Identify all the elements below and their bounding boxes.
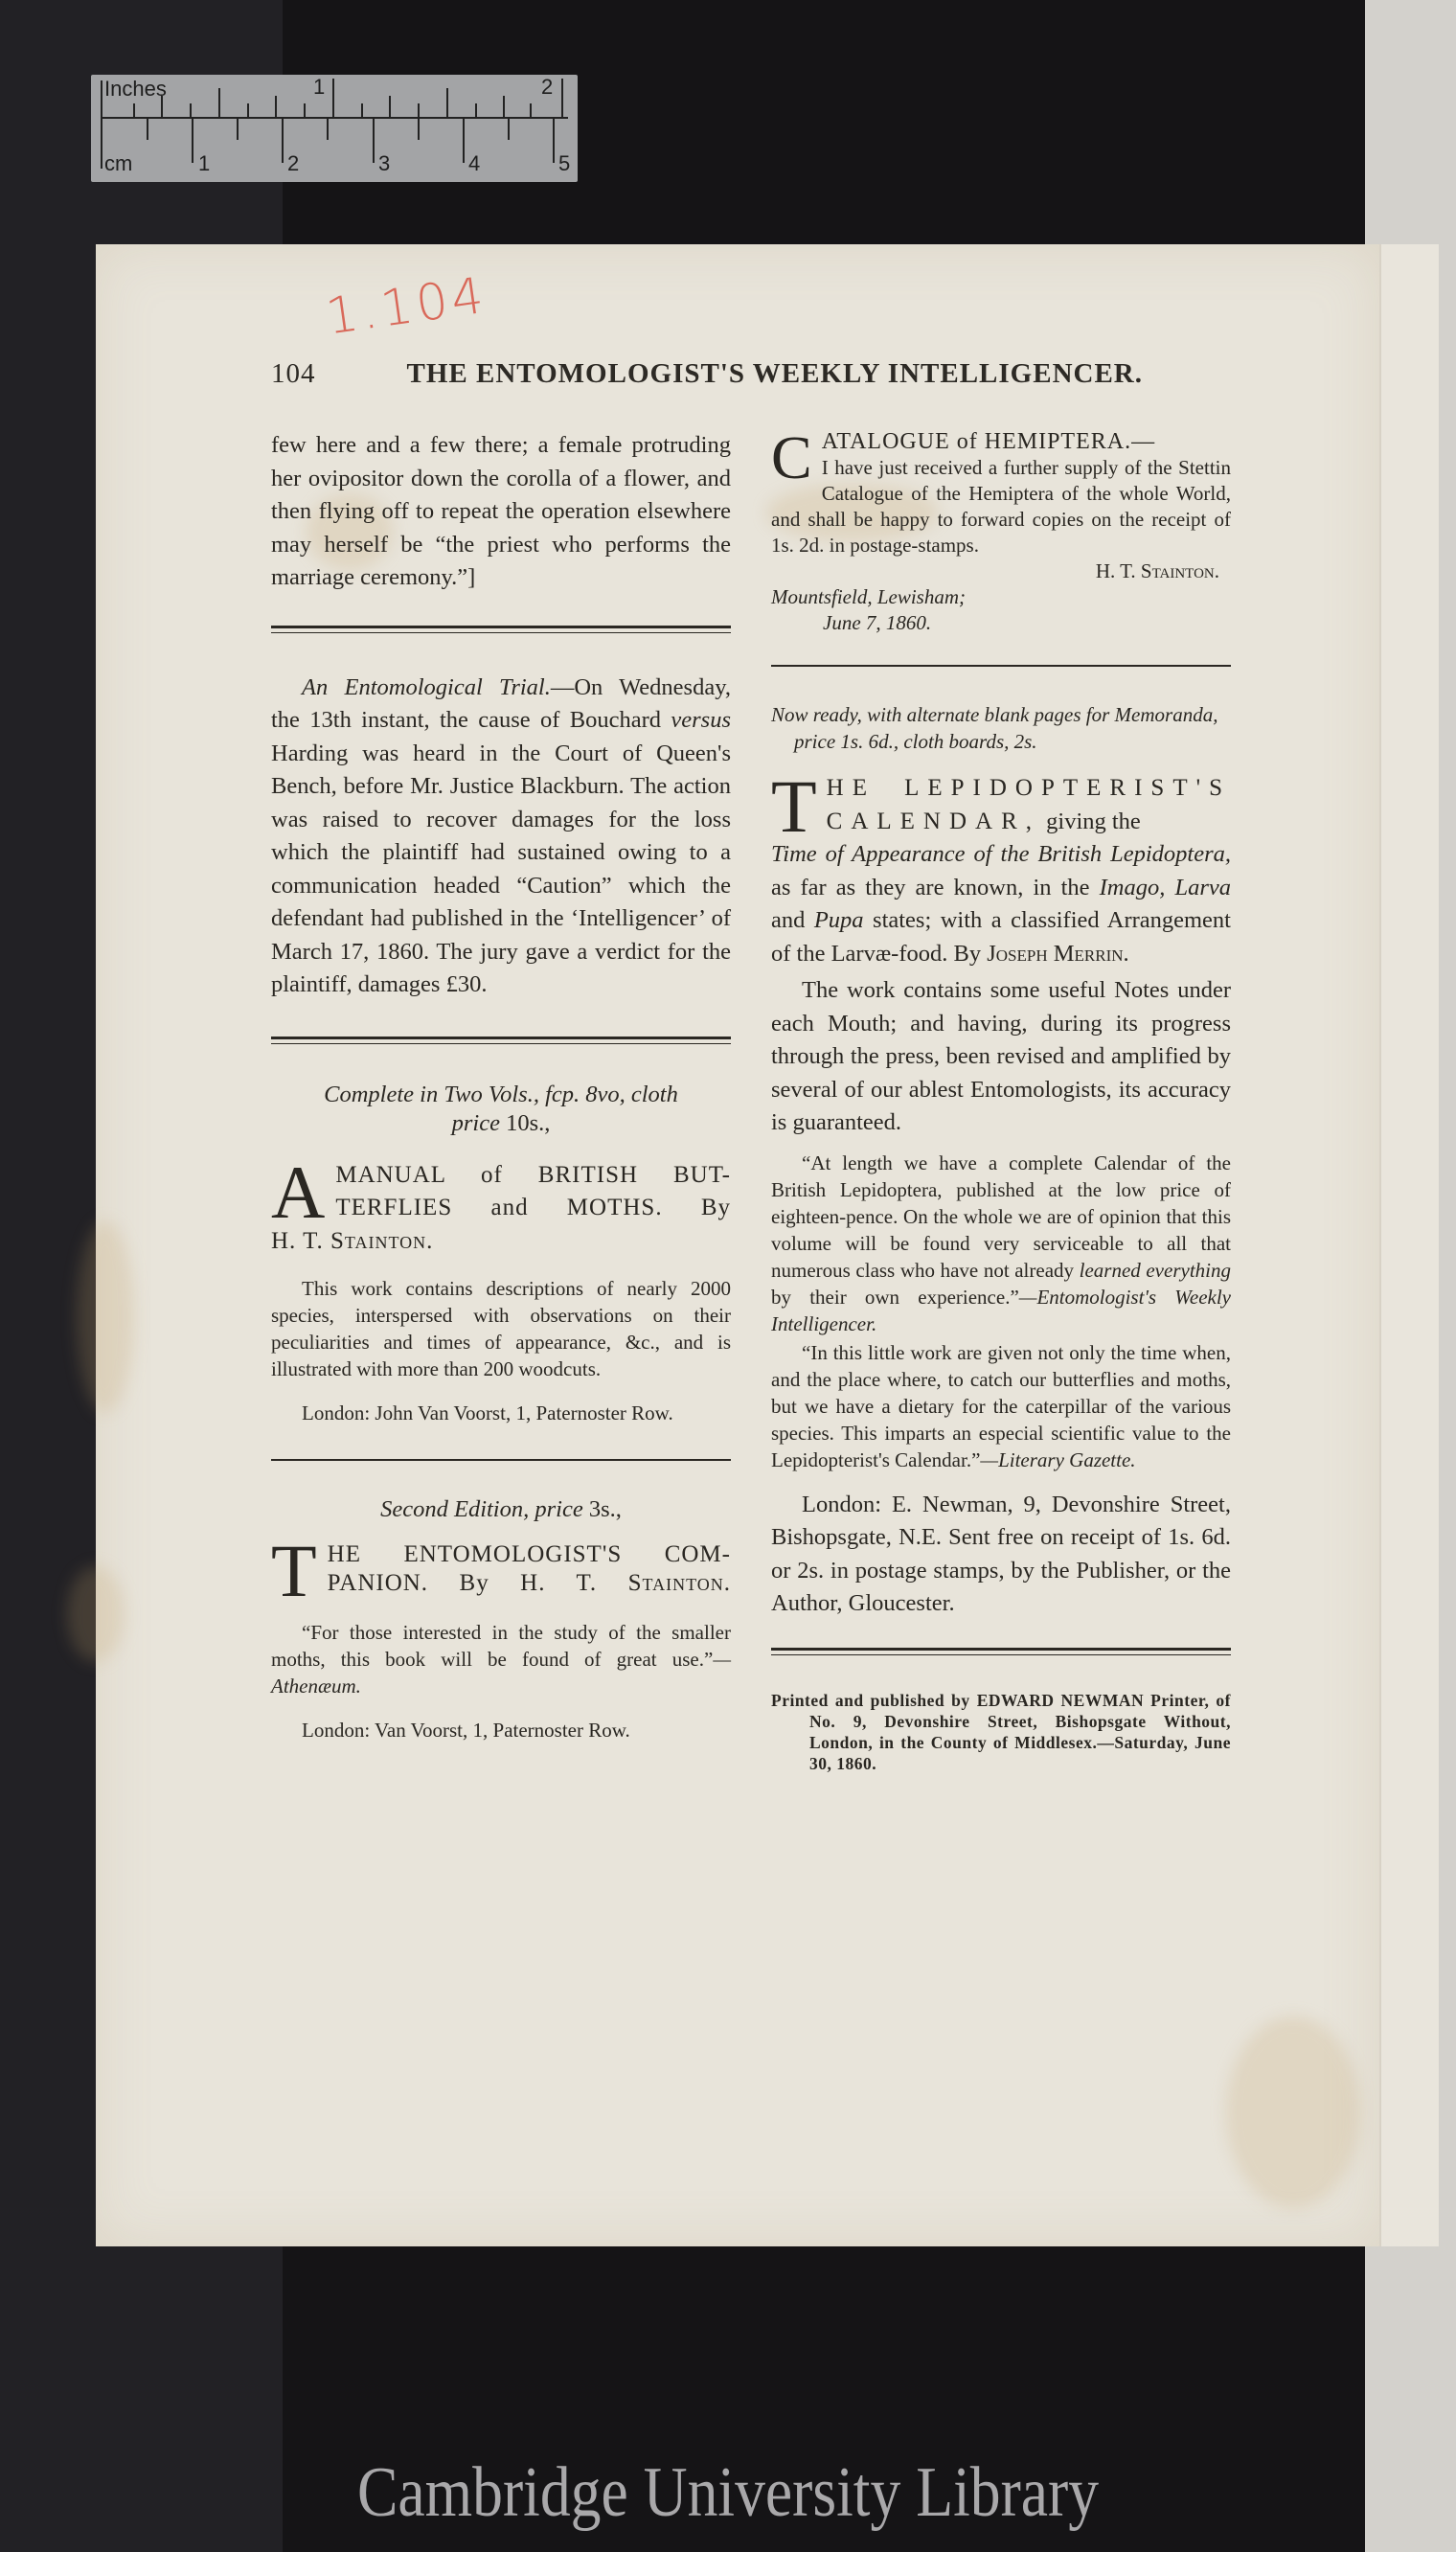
manual-title: A MANUAL of BRITISH BUT- TERFLIES and MO…	[271, 1159, 731, 1259]
trial-title: An Entomological Trial.	[302, 674, 551, 700]
drop-cap: T	[771, 776, 817, 837]
ruler-inch-mark: 1	[313, 75, 325, 100]
ruler-cm-mark: 2	[287, 151, 299, 176]
ruler-cm-mark: 1	[198, 151, 210, 176]
single-rule	[771, 665, 1231, 667]
calendar-advertisement: Now ready, with alternate blank pages fo…	[771, 701, 1231, 1621]
ruler-cm-mark: 5	[558, 151, 570, 176]
scale-ruler: Inches cm 1 2 1 2 3 4 5	[91, 75, 578, 182]
ruler-cm-mark: 3	[378, 151, 390, 176]
calendar-title: T HE LEPIDOPTERIST'S CALENDAR, giving th…	[771, 772, 1231, 838]
page-fore-edge	[1379, 244, 1439, 2246]
ruler-cm-mark: 4	[468, 151, 480, 176]
companion-advertisement: Second Edition, price 3s., T HE ENTOMOLO…	[271, 1493, 731, 1743]
page-number: 104	[271, 358, 316, 390]
calendar-publisher: London: E. Newman, 9, Devonshire Street,…	[771, 1489, 1231, 1621]
continuation-paragraph: few here and a few there; a female protr…	[271, 429, 731, 595]
companion-quote: “For those interested in the study of th…	[271, 1619, 731, 1699]
calendar-notes: The work contains some useful Notes unde…	[771, 974, 1231, 1140]
companion-edition: Second Edition, price	[380, 1496, 583, 1522]
double-rule	[771, 1648, 1231, 1655]
library-watermark: Cambridge University Library	[102, 2452, 1354, 2534]
hemiptera-date: June 7, 1860.	[771, 610, 1231, 636]
right-column: C ATALOGUE of HEMIPTERA.— I have just re…	[771, 429, 1231, 1774]
calendar-description: Time of Appearance of the British Lepido…	[771, 838, 1231, 970]
calendar-review-1: “At length we have a complete Calendar o…	[771, 1150, 1231, 1337]
ruler-inch-mark: 2	[541, 75, 553, 100]
hemiptera-signature: H. T. Stainton.	[771, 558, 1231, 584]
ruler-inches-label: Inches	[104, 77, 167, 102]
manual-intro: Complete in Two Vols., fcp. 8vo, cloth	[324, 1082, 678, 1107]
hemiptera-title: ATALOGUE of HEMIPTERA.—	[771, 429, 1231, 455]
manual-publisher: London: John Van Voorst, 1, Paternoster …	[271, 1400, 731, 1426]
drop-cap: A	[271, 1163, 326, 1222]
manual-author: H. T. Stainton.	[271, 1225, 731, 1259]
calendar-author: Joseph Merrin.	[987, 941, 1128, 967]
manual-description: This work contains descriptions of nearl…	[271, 1275, 731, 1382]
drop-cap: C	[771, 433, 812, 483]
hemiptera-place: Mountsfield, Lewisham;	[771, 584, 1231, 610]
double-rule	[271, 626, 731, 633]
companion-publisher: London: Van Voorst, 1, Paternoster Row.	[271, 1717, 731, 1743]
left-column: few here and a few there; a female protr…	[271, 429, 731, 1743]
companion-title: T HE ENTOMOLOGIST'S COM- PANION. By H. T…	[271, 1540, 731, 1598]
printer-imprint: Printed and published by EDWARD NEWMAN P…	[771, 1690, 1231, 1774]
trial-article: An Entomological Trial.—On Wednesday, th…	[271, 672, 731, 1002]
journal-title: THE ENTOMOLOGIST'S WEEKLY INTELLIGENCER.	[407, 358, 1143, 390]
running-head: 104 THE ENTOMOLOGIST'S WEEKLY INTELLIGEN…	[271, 358, 1143, 390]
double-rule	[271, 1037, 731, 1044]
drop-cap: T	[271, 1544, 318, 1598]
manual-advertisement: Complete in Two Vols., fcp. 8vo, cloth p…	[271, 1081, 731, 1427]
calendar-review-2: “In this little work are given not only …	[771, 1339, 1231, 1473]
hemiptera-advertisement: C ATALOGUE of HEMIPTERA.— I have just re…	[771, 429, 1231, 636]
single-rule	[271, 1459, 731, 1461]
calendar-intro: Now ready, with alternate blank pages fo…	[771, 701, 1231, 755]
ruler-cm-label: cm	[104, 151, 132, 176]
companion-price: 3s.,	[589, 1496, 622, 1522]
hemiptera-body: I have just received a further supply of…	[771, 455, 1231, 558]
manual-price: 10s.,	[506, 1110, 550, 1136]
